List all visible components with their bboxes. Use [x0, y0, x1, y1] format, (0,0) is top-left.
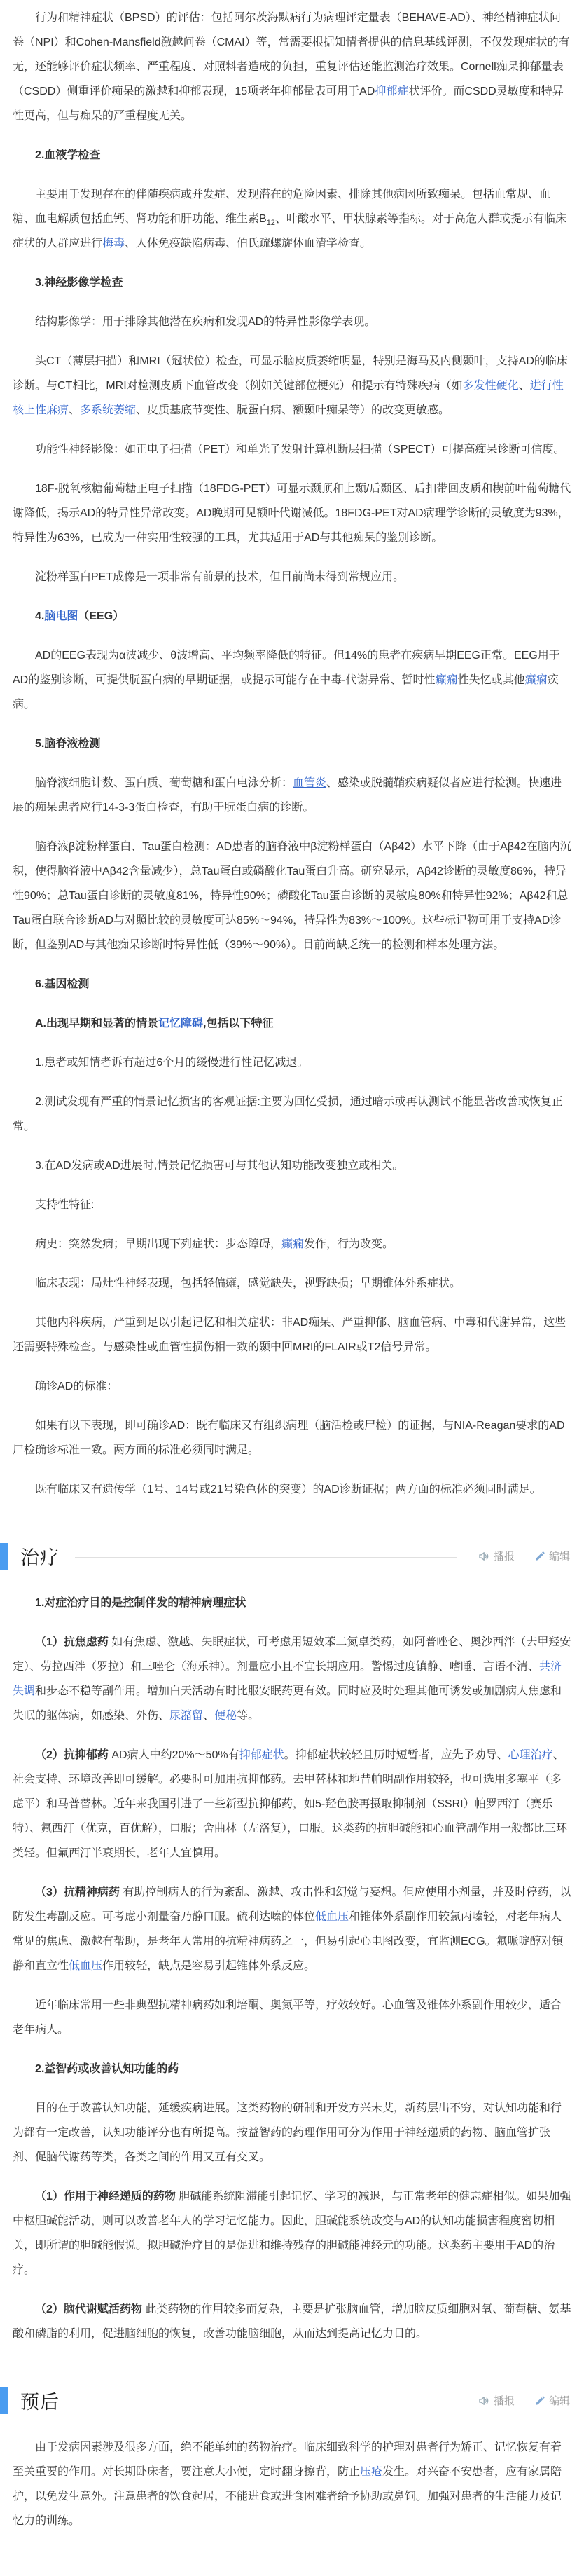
sub-heading: 3.神经影像学检查 — [13, 270, 571, 295]
text-run: 如果有以下表现，即可确诊AD：既有临床又有组织病理（脑活检或尸检）的证据，与NI… — [13, 1420, 565, 1456]
text-run: 4. — [35, 610, 44, 622]
text-run: 淀粉样蛋白PET成像是一项非常有前景的技术，但目前尚未得到常规应用。 — [35, 571, 404, 583]
inline-link[interactable]: 低血压 — [315, 1911, 349, 1923]
accent-bar — [0, 2387, 8, 2414]
sub-heading: 4.脑电图（EEG） — [13, 604, 571, 629]
text-run: （3）抗精神病药 — [35, 1886, 120, 1898]
inline-link[interactable]: 记忆障碍 — [158, 1018, 203, 1029]
subscript-text: 12 — [267, 219, 275, 227]
text-run: 支持性特征: — [35, 1199, 94, 1211]
paragraph: 头CT（薄层扫描）和MRI（冠状位）检查，可显示脑皮质萎缩明显，特别是海马及内侧… — [13, 349, 571, 423]
sub-heading: 2.益智药或改善认知功能的药 — [13, 2057, 571, 2081]
text-run: 近年临床常用一些非典型抗精神病药如利培酮、奥氮平等，疗效较好。心血管及锥体外系副… — [13, 1999, 562, 2036]
inline-link[interactable]: 梅毒 — [102, 238, 125, 249]
paragraph: （1）作用于神经递质的药物 胆碱能系统阻滞能引起记忆、学习的减退，与正常老年的健… — [13, 2184, 571, 2282]
divider-line — [75, 1557, 457, 1558]
pencil-icon — [534, 1551, 545, 1562]
play-audio-button[interactable]: 播报 — [478, 1549, 515, 1563]
text-run: 和步态不稳等副作用。增加白天活动有时比服安眠药更有效。同时应及时处理其他可诱发或… — [13, 1685, 562, 1722]
text-run: 1.对症治疗目的是控制伴发的精神病理症状 — [35, 1597, 246, 1609]
accent-bar — [0, 1543, 8, 1570]
text-run: 2.益智药或改善认知功能的药 — [35, 2063, 179, 2075]
text-run: 确诊AD的标准： — [35, 1381, 118, 1392]
inline-link[interactable]: 抑郁症状 — [239, 1749, 284, 1761]
inline-link[interactable]: 多发性硬化 — [463, 380, 519, 392]
section-header-prognosis: 预后播报编辑 — [0, 2387, 571, 2414]
text-run: 、人体免疫缺陷病毒、伯氏疏螺旋体血清学检查。 — [125, 238, 371, 249]
sub-heading: 5.脑脊液检测 — [13, 732, 571, 756]
paragraph: （2）脑代谢赋活药物 此类药物的作用较多而复杂，主要是扩张脑血管，增加脑皮质细胞… — [13, 2297, 571, 2346]
text-run: 目的在于改善认知功能，延缓疾病进展。这类药物的研制和开发方兴未艾，新药层出不穷，… — [13, 2102, 562, 2163]
paragraph: 临床表现：局灶性神经表现，包括轻偏瘫，感觉缺失，视野缺损；早期锥体外系症状。 — [13, 1271, 571, 1296]
paragraph: 确诊AD的标准： — [13, 1374, 571, 1399]
text-run: 2.测试发现有严重的情景记忆损害的客观证据:主要为回忆受损，通过暗示或再认测试不… — [13, 1096, 563, 1132]
paragraph: 如果有以下表现，即可确诊AD：既有临床又有组织病理（脑活检或尸检）的证据，与NI… — [13, 1413, 571, 1462]
paragraph: 主要用于发现存在的伴随疾病或并发症、发现潜在的危险因素、排除其他病因所致痴呆。包… — [13, 182, 571, 256]
play-audio-button[interactable]: 播报 — [478, 2393, 515, 2408]
sub-heading: 1.对症治疗目的是控制伴发的精神病理症状 — [13, 1591, 571, 1615]
paragraph: 脑脊液β淀粉样蛋白、Tau蛋白检测：AD患者的脑脊液中β淀粉样蛋白（Aβ42）水… — [13, 835, 571, 957]
play-audio-button-label: 播报 — [494, 2393, 515, 2408]
section-title-treatment: 治疗 — [20, 1542, 60, 1570]
paragraph: 行为和精神症状（BPSD）的评估：包括阿尔茨海默病行为病理评定量表（BEHAVE… — [13, 6, 571, 128]
pencil-icon — [534, 2395, 545, 2406]
paragraph: （3）抗精神病药 有助控制病人的行为紊乱、激越、攻击性和幻觉与妄想。但应使用小剂… — [13, 1880, 571, 1978]
paragraph: 结构影像学：用于排除其他潜在疾病和发现AD的特异性影像学表现。 — [13, 310, 571, 334]
section-title-prognosis: 预后 — [20, 2387, 60, 2414]
inline-link[interactable]: 癫痫 — [281, 1238, 304, 1250]
text-run: A.出现早期和显著的情景 — [35, 1018, 158, 1029]
text-run: ,包括以下特征 — [203, 1018, 273, 1029]
text-run: 2.血液学检查 — [35, 149, 100, 161]
paragraph: 脑脊液细胞计数、蛋白质、葡萄糖和蛋白电泳分析：血管炎、感染或脱髓鞘疾病疑似者应进… — [13, 771, 571, 820]
text-run: （EEG） — [78, 610, 124, 622]
paragraph: 支持性特征: — [13, 1193, 571, 1217]
paragraph: 近年临床常用一些非典型抗精神病药如利培酮、奥氮平等，疗效较好。心血管及锥体外系副… — [13, 1993, 571, 2042]
text-run: 功能性神经影像：如正电子扫描（PET）和单光子发射计算机断层扫描（SPECT）可… — [35, 444, 564, 455]
text-run: 临床表现：局灶性神经表现，包括轻偏瘫，感觉缺失，视野缺损；早期锥体外系症状。 — [35, 1277, 461, 1289]
text-run: 发作，行为改变。 — [304, 1238, 394, 1250]
text-run: 。抑郁症状较轻且历时短暂者，应先予劝导、 — [284, 1749, 508, 1761]
sub-heading: 6.基因检测 — [13, 972, 571, 996]
paragraph: 功能性神经影像：如正电子扫描（PET）和单光子发射计算机断层扫描（SPECT）可… — [13, 437, 571, 462]
edit-button[interactable]: 编辑 — [534, 1549, 570, 1563]
sub-heading: 2.血液学检查 — [13, 143, 571, 167]
speaker-icon — [478, 1550, 490, 1563]
text-run: 病史：突然发病；早期出现下列症状：步态障碍， — [35, 1238, 281, 1250]
paragraph: 由于发病因素涉及很多方面，绝不能单纯的药物治疗。临床细致科学的护理对患者行为矫正… — [13, 2435, 571, 2533]
text-run: 、 — [69, 404, 80, 416]
text-run: 既有临床又有遗传学（1号、14号或21号染色体的突变）的AD诊断证据；两方面的标… — [35, 1484, 541, 1495]
text-run: 6.基因检测 — [35, 978, 89, 990]
text-run: （1）作用于神经递质的药物 — [35, 2191, 176, 2202]
inline-link[interactable]: 压疮 — [360, 2466, 382, 2478]
sub-heading: A.出现早期和显著的情景记忆障碍,包括以下特征 — [13, 1011, 571, 1036]
text-run: 其他内科疾病，严重到足以引起记忆和相关症状：非AD痴呆、严重抑郁、脑血管病、中毒… — [13, 1317, 566, 1353]
edit-button-label: 编辑 — [549, 1549, 570, 1563]
text-run: 、社会支持、环境改善即可缓解。必要时可加用抗抑郁药。去甲替林和地昔帕明副作用较轻… — [13, 1749, 567, 1859]
paragraph: 1.患者或知情者诉有超过6个月的缓慢进行性记忆减退。 — [13, 1050, 571, 1075]
text-run: 脑脊液细胞计数、蛋白质、葡萄糖和蛋白电泳分析： — [35, 777, 293, 789]
inline-link[interactable]: 脑电图 — [44, 610, 78, 622]
inline-link[interactable]: 血管炎 — [293, 777, 326, 789]
text-run: 、皮质基底节变性、朊蛋白病、额颞叶痴呆等）的改变更敏感。 — [136, 404, 450, 416]
paragraph: （2）抗抑郁药 AD病人中约20%～50%有抑郁症状。抑郁症状较轻且历时短暂者，… — [13, 1743, 571, 1865]
paragraph: 既有临床又有遗传学（1号、14号或21号染色体的突变）的AD诊断证据；两方面的标… — [13, 1477, 571, 1502]
article-content: 行为和精神症状（BPSD）的评估：包括阿尔茨海默病行为病理评定量表（BEHAVE… — [0, 0, 584, 2576]
edit-button-label: 编辑 — [549, 2393, 570, 2408]
text-run: 、 — [203, 1710, 214, 1722]
inline-link[interactable]: 低血压 — [69, 1960, 102, 1972]
text-run: （2）抗抑郁药 — [35, 1749, 109, 1761]
text-run: 5.脑脊液检测 — [35, 738, 100, 750]
inline-link[interactable]: 心理治疗 — [508, 1749, 553, 1761]
text-run: 脑脊液β淀粉样蛋白、Tau蛋白检测：AD患者的脑脊液中β淀粉样蛋白（Aβ42）水… — [13, 841, 571, 951]
text-run: 结构影像学：用于排除其他潜在疾病和发现AD的特异性影像学表现。 — [35, 316, 375, 328]
paragraph: 其他内科疾病，严重到足以引起记忆和相关症状：非AD痴呆、严重抑郁、脑血管病、中毒… — [13, 1310, 571, 1359]
inline-link[interactable]: 多系统萎缩 — [80, 404, 136, 416]
paragraph: 18F-脱氧核糖葡萄糖正电子扫描（18FDG-PET）可显示颞顶和上颞/后颞区、… — [13, 477, 571, 550]
text-run: （2）脑代谢赋活药物 — [35, 2303, 142, 2315]
edit-button[interactable]: 编辑 — [534, 2393, 570, 2408]
section-header-treatment: 治疗播报编辑 — [0, 1542, 571, 1570]
text-run: 1.患者或知情者诉有超过6个月的缓慢进行性记忆减退。 — [35, 1057, 308, 1069]
text-run: 3.在AD发病或AD进展时,情景记忆损害可与其他认知功能改变独立或相关。 — [35, 1160, 403, 1172]
paragraph: 病史：突然发病；早期出现下列症状：步态障碍，癫痫发作，行为改变。 — [13, 1232, 571, 1256]
text-run: 胆碱能系统阻滞能引起记忆、学习的减退，与正常老年的健忘症相似。如果加强中枢胆碱能… — [13, 2191, 571, 2276]
inline-link[interactable]: 抑郁症 — [375, 85, 408, 97]
text-run: （1）抗焦虑药 — [35, 1636, 109, 1648]
inline-link[interactable]: 便秘 — [214, 1710, 237, 1722]
text-run: 3.神经影像学检查 — [35, 277, 123, 289]
text-run: 作用较轻，缺点是容易引起锥体外系反应。 — [102, 1960, 315, 1972]
play-audio-button-label: 播报 — [494, 1549, 515, 1563]
section-actions: 播报编辑 — [478, 2393, 571, 2408]
text-run: 行为和精神症状（BPSD）的评估：包括阿尔茨海默病行为病理评定量表（BEHAVE… — [13, 12, 570, 97]
paragraph: （1）抗焦虑药 如有焦虑、激越、失眠症状，可考虑用短效苯二氮卓类药，如阿普唑仑、… — [13, 1630, 571, 1728]
text-run: 18F-脱氧核糖葡萄糖正电子扫描（18FDG-PET）可显示颞顶和上颞/后颞区、… — [13, 483, 571, 544]
paragraph: 淀粉样蛋白PET成像是一项非常有前景的技术，但目前尚未得到常规应用。 — [13, 565, 571, 589]
section-actions: 播报编辑 — [478, 1549, 571, 1563]
speaker-icon — [478, 2395, 490, 2407]
inline-link[interactable]: 癫痫 — [436, 674, 458, 686]
text-run: AD病人中约20%～50%有 — [109, 1749, 239, 1761]
inline-link[interactable]: 尿潴留 — [169, 1710, 203, 1722]
paragraph: 2.测试发现有严重的情景记忆损害的客观证据:主要为回忆受损，通过暗示或再认测试不… — [13, 1090, 571, 1139]
text-run: 性失忆或其他 — [458, 674, 525, 686]
paragraph: AD的EEG表现为α波减少、θ波增高、平均频率降低的特征。但14%的患者在疾病早… — [13, 643, 571, 717]
inline-link[interactable]: 癫痫 — [525, 674, 548, 686]
text-run: 等。 — [237, 1710, 259, 1722]
paragraph: 3.在AD发病或AD进展时,情景记忆损害可与其他认知功能改变独立或相关。 — [13, 1153, 571, 1178]
text-run: 、 — [519, 380, 530, 392]
divider-line — [75, 2402, 457, 2402]
paragraph: 目的在于改善认知功能，延缓疾病进展。这类药物的研制和开发方兴未艾，新药层出不穷，… — [13, 2096, 571, 2170]
